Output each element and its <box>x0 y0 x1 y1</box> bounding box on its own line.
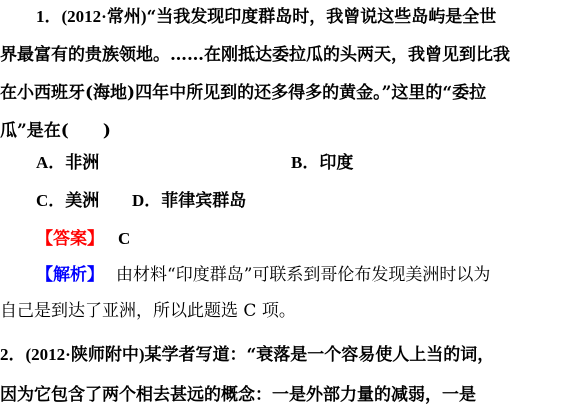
answer-value: C <box>118 229 130 248</box>
analysis-label: 【解析】 <box>36 265 104 285</box>
question-text: 某学者写道：“衰落是一个容易使人上当的词， <box>145 345 495 365</box>
question-1-line-3: 在小西班牙(海地)四年中所见到的还多得多的黄金。”这里的“委拉 <box>0 82 486 104</box>
question-source: (2012·常州) <box>62 7 147 26</box>
question-2-line-2: 因为它包含了两个相去甚远的概念：一是外部力量的减弱，一是 <box>0 384 476 406</box>
question-1-line-1: 1．(2012·常州)“当我发现印度群岛时，我曾说这些岛屿是全世 <box>36 6 496 28</box>
option-d: D．菲律宾群岛 <box>132 190 246 212</box>
option-a: A．非洲 <box>36 152 99 174</box>
question-1-line-2: 界最富有的贵族领地。……在刚抵达委拉瓜的头两天，我曾见到比我 <box>0 44 510 66</box>
analysis-text-1: 由材料“印度群岛”可联系到哥伦布发现美洲时以为 <box>116 265 490 285</box>
question-number: 1． <box>36 7 62 26</box>
question-number: 2． <box>0 345 26 364</box>
analysis-text-2: 自己是到达了亚洲，所以此题选 C 项。 <box>0 300 296 322</box>
question-source: (2012·陕师附中) <box>26 345 145 364</box>
answer-row: 【答案】C <box>36 228 130 250</box>
answer-label: 【答案】 <box>36 229 104 249</box>
option-c: C．美洲 <box>36 190 99 212</box>
question-1-line-4: 瓜”是在( ) <box>0 120 111 142</box>
question-text: “当我发现印度群岛时，我曾说这些岛屿是全世 <box>147 7 497 27</box>
analysis-row: 【解析】由材料“印度群岛”可联系到哥伦布发现美洲时以为 <box>36 264 490 286</box>
option-b: B．印度 <box>291 152 353 174</box>
question-2-line-1: 2．(2012·陕师附中)某学者写道：“衰落是一个容易使人上当的词， <box>0 344 494 366</box>
